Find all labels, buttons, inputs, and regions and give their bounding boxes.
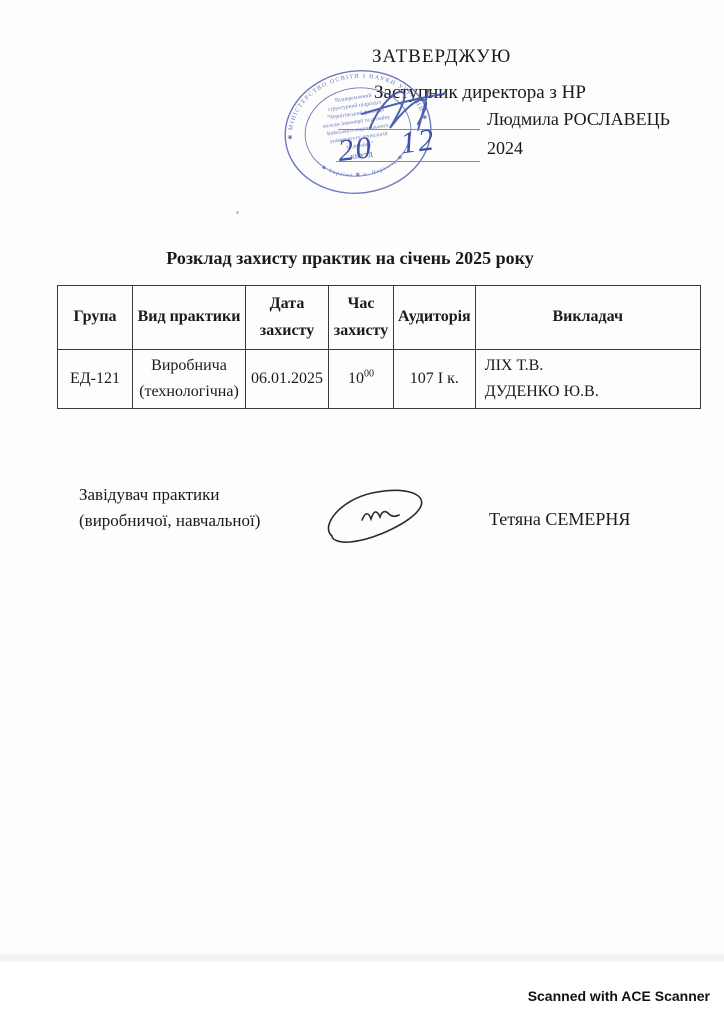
- date-line: [336, 161, 480, 162]
- cell-practice-type: Виробнича (технологічна): [133, 350, 246, 409]
- document-title: Розклад захисту практик на січень 2025 р…: [0, 248, 712, 269]
- scanned-document-page: ЗАТВЕРДЖУЮ Заступник директора з НР ✱ МІ…: [0, 0, 724, 1024]
- cell-time: 1000: [329, 350, 394, 409]
- scanner-watermark: Scanned with ACE Scanner: [528, 988, 710, 1004]
- teacher-name-1: ЛІХ Т.В.: [485, 353, 696, 379]
- cell-teacher: ЛІХ Т.В. ДУДЕНКО Ю.В.: [475, 350, 700, 409]
- practice-head-name: Тетяна СЕМЕРНЯ: [489, 509, 630, 530]
- approver-name: Людмила РОСЛАВЕЦЬ: [487, 109, 670, 130]
- practice-head-subtitle: (виробничої, навчальної): [79, 511, 260, 531]
- header-group: Група: [58, 286, 133, 350]
- time-hours: 10: [348, 370, 364, 387]
- header-date: Дата захисту: [246, 286, 329, 350]
- cell-group: ЕД-121: [58, 350, 133, 409]
- approve-label: ЗАТВЕРДЖУЮ: [372, 46, 511, 68]
- handwritten-day: 20: [336, 129, 375, 168]
- cell-room: 107 І к.: [394, 350, 476, 409]
- practice-head-title: Завідувач практики: [79, 485, 220, 505]
- handwritten-month: 12: [398, 121, 437, 160]
- header-room: Аудиторія: [394, 286, 476, 350]
- header-teacher: Викладач: [475, 286, 700, 350]
- cell-date: 06.01.2025: [246, 350, 329, 409]
- header-time: Час захисту: [329, 286, 394, 350]
- schedule-table: Група Вид практики Дата захисту Час захи…: [57, 285, 701, 409]
- scan-speck: [236, 211, 239, 214]
- time-minutes-sup: 00: [364, 368, 374, 379]
- table-row: ЕД-121 Виробнича (технологічна) 06.01.20…: [58, 350, 701, 409]
- header-type: Вид практики: [133, 286, 246, 350]
- approval-year: 2024: [487, 138, 523, 159]
- table-header-row: Група Вид практики Дата захисту Час захи…: [58, 286, 701, 350]
- practice-head-signature-icon: [318, 480, 436, 552]
- teacher-name-2: ДУДЕНКО Ю.В.: [485, 379, 696, 405]
